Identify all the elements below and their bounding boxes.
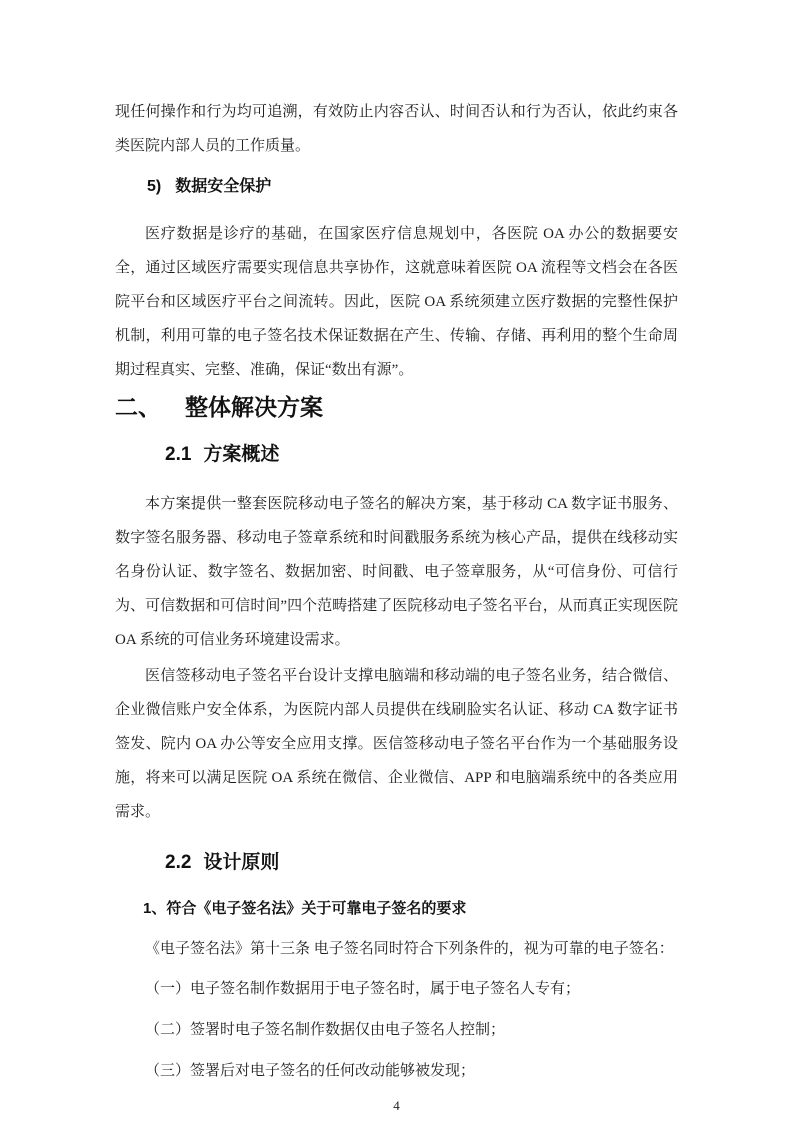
principle-1-heading: 1、符合《电子签名法》关于可靠电子签名的要求: [143, 898, 678, 919]
heading-chapter-2-overall-solution: 二、整体解决方案: [115, 391, 678, 423]
paragraph-solution-overview-2: 医信签移动电子签名平台设计支撑电脑端和移动端的电子签名业务，结合微信、企业微信账…: [115, 659, 678, 829]
section-number: 2.1: [165, 444, 191, 465]
section-title: 方案概述: [203, 444, 279, 465]
paragraph-law-article-13: 《电子签名法》第十三条 电子签名同时符合下列条件的，视为可靠的电子签名：: [115, 939, 678, 960]
paragraph-solution-overview-1: 本方案提供一整套医院移动电子签名的解决方案，基于移动 CA 数字证书服务、数字签…: [115, 487, 678, 657]
heading-title: 数据安全保护: [175, 178, 271, 195]
heading-section-2-1: 2.1方案概述: [165, 441, 678, 468]
page-number: 4: [115, 1097, 678, 1115]
document-page: 现任何操作和行为均可追溯，有效防止内容否认、时间否认和行为否认，依此约束各类医院…: [0, 0, 793, 1122]
heading-data-security: 5)数据安全保护: [147, 175, 678, 199]
chapter-title: 整体解决方案: [185, 394, 323, 420]
section-number: 2.2: [165, 852, 191, 873]
paragraph-traceability: 现任何操作和行为均可追溯，有效防止内容否认、时间否认和行为否认，依此约束各类医院…: [115, 95, 678, 163]
chapter-number: 二、: [115, 394, 161, 420]
heading-number: 5): [147, 178, 161, 195]
law-clause-2: （二）签署时电子签名制作数据仅由电子签名人控制；: [115, 1020, 678, 1041]
law-clause-3: （三）签署后对电子签名的任何改动能够被发现；: [115, 1061, 678, 1082]
section-title: 设计原则: [203, 852, 279, 873]
paragraph-medical-data: 医疗数据是诊疗的基础，在国家医疗信息规划中，各医院 OA 办公的数据要安全，通过…: [115, 217, 678, 387]
heading-section-2-2: 2.2设计原则: [165, 849, 678, 876]
law-clause-1: （一）电子签名制作数据用于电子签名时，属于电子签名人专有；: [115, 979, 678, 1000]
